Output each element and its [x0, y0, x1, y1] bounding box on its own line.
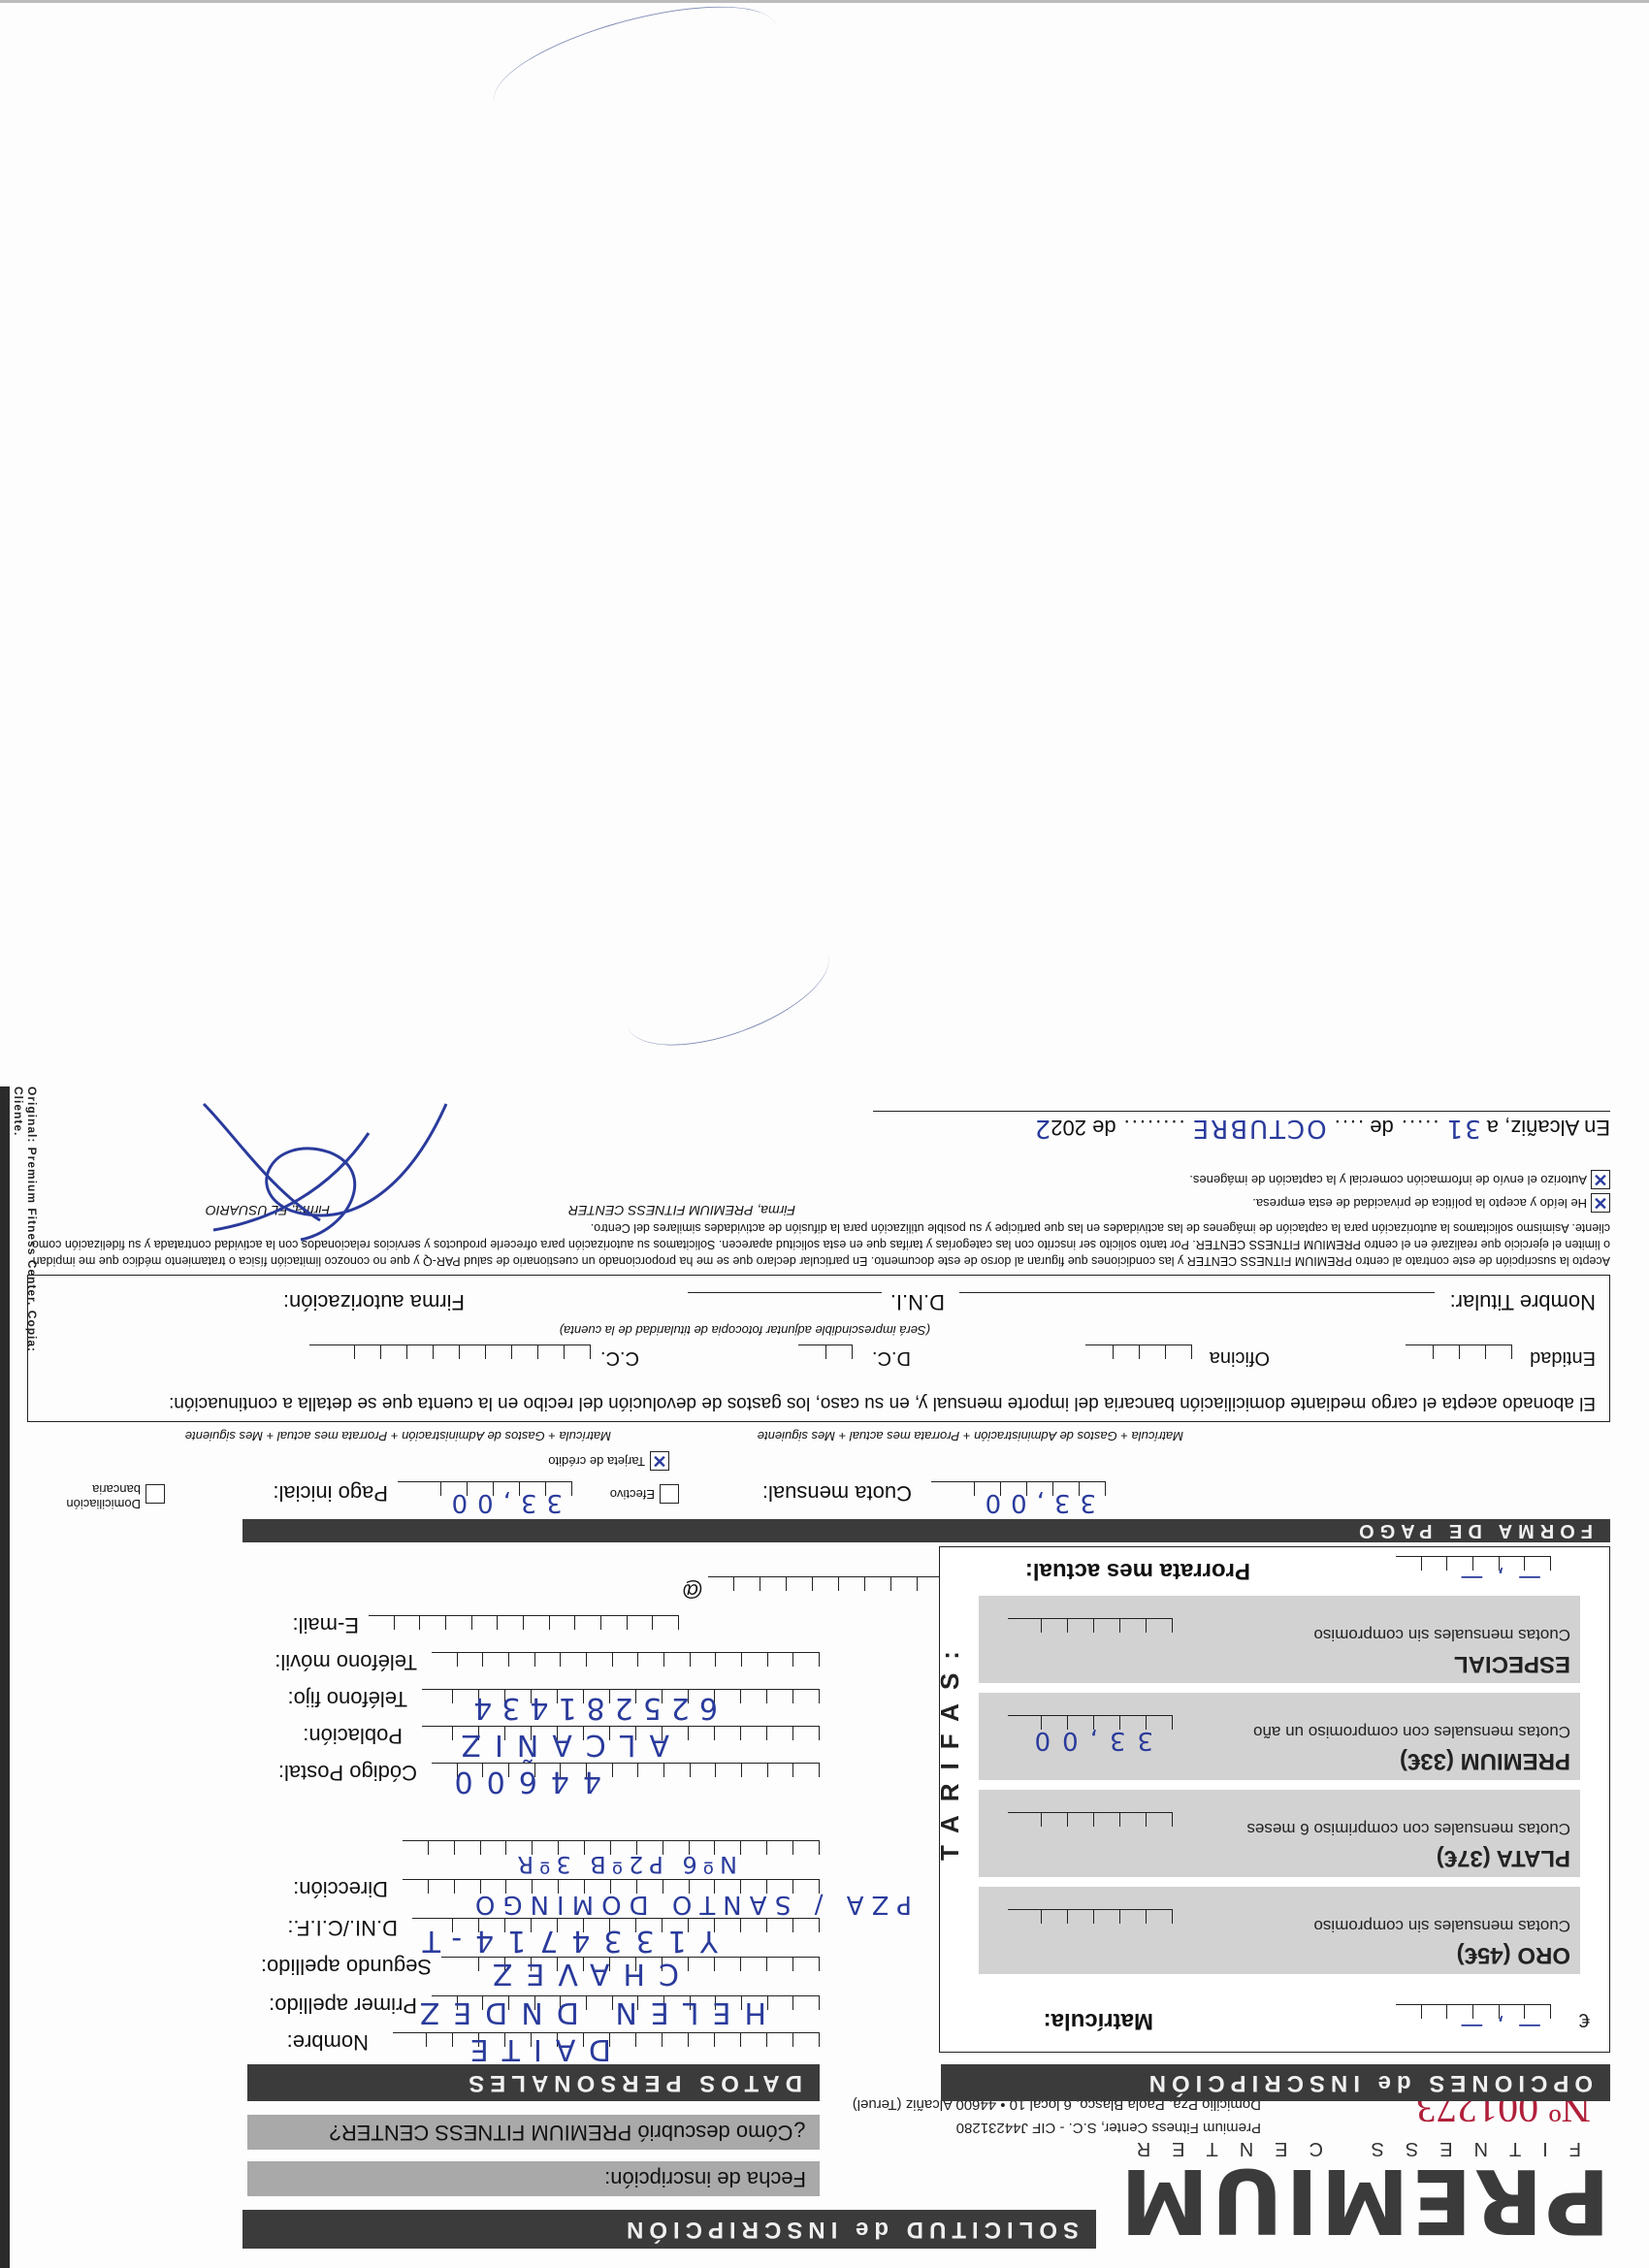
lugar-fecha: En Alcañiz, a 31 ..... de .... OCTUBRE .…: [1035, 1114, 1610, 1143]
telefono-movil-label: Teléfono móvil:: [275, 1649, 417, 1674]
tarifa-name: PREMIUM (33€): [1400, 1747, 1570, 1774]
matricula-value: —,—: [1446, 2013, 1541, 2040]
tarifa-desc: Cuotas mensuales con compromiso un año: [1253, 1722, 1570, 1741]
tarifa-desc: Cuotas mensuales con comprimiso 6 meses: [1246, 1819, 1570, 1838]
registration-form: PREMIUM FITNESS CENTER Nº 001273 Premium…: [0, 1086, 1649, 2268]
pago-inicial-label: Pago inicial:: [273, 1480, 388, 1506]
fecha-anio: 2: [1035, 1114, 1051, 1143]
direccion-label: Dirección:: [293, 1876, 388, 1901]
domiciliacion-checkbox[interactable]: [145, 1484, 165, 1504]
pago-inicial-value: 33,00: [442, 1488, 563, 1517]
user-signature: [175, 1094, 466, 1249]
cuota-mensual-value: 33,00: [976, 1488, 1096, 1517]
cuota-mensual-label: Cuota mensual:: [762, 1480, 912, 1506]
cc-label: C.C.: [600, 1346, 639, 1369]
cuota-note: Matrícula + Gastos de Administración + P…: [758, 1429, 1183, 1443]
marketing-checkbox[interactable]: ✕: [1591, 1170, 1610, 1189]
bank-details-box: El abonado acepta el cargo mediante domi…: [27, 1275, 1610, 1422]
efectivo-checkbox[interactable]: [660, 1484, 679, 1504]
dni-titular-label: D.N.I.: [890, 1289, 945, 1314]
tarifas-box: Matrícula: € —,— ORO (45€) Cuotas mensua…: [939, 1546, 1610, 2053]
matricula-label: Matrícula:: [1044, 2007, 1153, 2034]
titular-label: Nombre Titular:: [1450, 1289, 1596, 1314]
primer-apellido-value: HELEN DNDEZ: [406, 1995, 766, 2029]
nombre-value: DAITE: [457, 2032, 611, 2066]
codigo-postal-value: 44600: [441, 1765, 601, 1798]
como-descubrio[interactable]: ¿Cómo descubrió PREMIUM FITNESS CENTER?: [247, 2115, 820, 2150]
marketing-label: Autorizo el envío de información comerci…: [1189, 1173, 1587, 1187]
domiciliacion-label: Domiciliación bancaria: [34, 1482, 141, 1511]
tarifa-amount-field[interactable]: [1008, 1812, 1173, 1838]
firma-autorizacion-label: Firma autorización:: [283, 1289, 465, 1314]
date-underline: [873, 1111, 1610, 1112]
email-field-user[interactable]: [369, 1615, 679, 1641]
privacy-label: He leído y acepto la política de privaci…: [1252, 1196, 1587, 1211]
tarifa-especial[interactable]: ESPECIAL Cuotas mensuales sin compromiso: [979, 1596, 1580, 1683]
at-symbol-icon: @: [682, 1577, 703, 1603]
tarifa-name: ORO (45€): [1457, 1941, 1570, 1968]
codigo-postal-label: Código Postal:: [278, 1760, 417, 1785]
prorrata-label: Prorrata mes actual:: [1025, 1557, 1250, 1584]
scan-edge-dark: [0, 1086, 10, 2268]
dni-value: Y1334714-T: [409, 1924, 718, 1958]
scan-edge: [0, 0, 1649, 3]
entidad-label: Entidad: [1530, 1346, 1596, 1369]
efectivo-label: Efectivo: [610, 1487, 655, 1502]
telefono-fijo-label: Teléfono fijo:: [287, 1686, 407, 1711]
tarifa-oro[interactable]: ORO (45€) Cuotas mensuales sin compromis…: [979, 1887, 1580, 1974]
tarjeta-credito-checkbox[interactable]: ✕: [650, 1451, 669, 1471]
nombre-label: Nombre:: [287, 2029, 369, 2055]
tarifa-amount-value: 33,00: [1023, 1726, 1153, 1755]
pen-mark: [483, 0, 787, 144]
dc-field[interactable]: [798, 1345, 853, 1371]
copy-note: Original: Premium Fitness Center. Copia:…: [12, 1086, 39, 1395]
dni-label: D.NI./C.I.F.:: [287, 1915, 398, 1940]
company-line: Premium Fitness Center, S.C. - CIF J4423…: [956, 2120, 1261, 2136]
brand-logo: PREMIUM: [1118, 2149, 1610, 2252]
direccion-value-line2: Nº6 P2ºB 3ºR: [511, 1851, 737, 1878]
email-label: E-mail:: [293, 1612, 359, 1637]
tarifa-amount-field[interactable]: [1008, 1909, 1173, 1935]
titular-field[interactable]: [959, 1292, 1435, 1293]
tarifa-amount-field[interactable]: [1008, 1618, 1173, 1644]
cc-field[interactable]: [309, 1345, 591, 1371]
tarjeta-credito-label: Tarjeta de crédito: [548, 1454, 645, 1469]
datos-personales-header: DATOS PERSONALES: [247, 2064, 820, 2101]
fecha-dia: 31: [1445, 1114, 1481, 1143]
tarifa-name: ESPECIAL: [1454, 1650, 1570, 1677]
bank-note: (Será imprescindible adjuntar fotocopia …: [560, 1323, 930, 1338]
brand-subtitle: FITNESS CENTER: [1115, 2137, 1581, 2159]
direccion-value: PZA / SANTO DOMINGO: [468, 1890, 912, 1919]
poblacion-value: ALCAÑIZ: [447, 1728, 669, 1762]
entidad-field[interactable]: [1406, 1345, 1512, 1371]
pen-mark: [612, 912, 843, 1068]
euro-icon: €: [1579, 2008, 1590, 2030]
telefono-fijo-value: 625281434: [464, 1691, 718, 1725]
form-title: SOLICITUD de INSCRIPCIÓN: [242, 2210, 1096, 2249]
pago-inicial-note: Matrícula + Gastos de Administración + P…: [185, 1429, 611, 1443]
oficina-label: Oficina: [1210, 1346, 1270, 1369]
oficina-field[interactable]: [1085, 1345, 1192, 1371]
segundo-apellido-value: CHAVEZ: [479, 1957, 679, 1991]
tarifa-desc: Cuotas mensuales sin compromiso: [1313, 1625, 1570, 1644]
bank-intro: El abonado acepta el cargo mediante domi…: [169, 1392, 1596, 1413]
fecha-inscripcion[interactable]: Fecha de inscripción:: [247, 2161, 820, 2196]
dni-titular-field[interactable]: [688, 1292, 882, 1293]
opciones-header: OPCIONES de INSCRIPCIÓN: [941, 2064, 1610, 2101]
prorrata-value: —,—: [1446, 1565, 1541, 1592]
forma-pago-header: FORMA DE PAGO: [242, 1519, 1610, 1542]
fecha-mes: OCTUBRE: [1191, 1114, 1327, 1143]
tarifa-premium[interactable]: PREMIUM (33€) Cuotas mensuales con compr…: [979, 1693, 1580, 1780]
privacy-checkbox[interactable]: ✕: [1591, 1193, 1610, 1213]
firma-centro-label: Firma, PREMIUM FITNESS CENTER: [568, 1203, 795, 1218]
telefono-movil-field[interactable]: [432, 1652, 820, 1678]
dc-label: D.C.: [872, 1346, 911, 1369]
poblacion-label: Población:: [303, 1723, 403, 1748]
segundo-apellido-label: Segundo apellido:: [261, 1954, 432, 1979]
tarifa-plata[interactable]: PLATA (37€) Cuotas mensuales con comprim…: [979, 1790, 1580, 1877]
tarifa-name: PLATA (37€): [1437, 1844, 1570, 1871]
tarifa-desc: Cuotas mensuales sin compromiso: [1313, 1916, 1570, 1935]
tarifas-label: TARIFAS:: [935, 1637, 965, 1861]
email-field-domain[interactable]: [708, 1576, 970, 1603]
primer-apellido-label: Primer apellido:: [269, 1993, 417, 2018]
